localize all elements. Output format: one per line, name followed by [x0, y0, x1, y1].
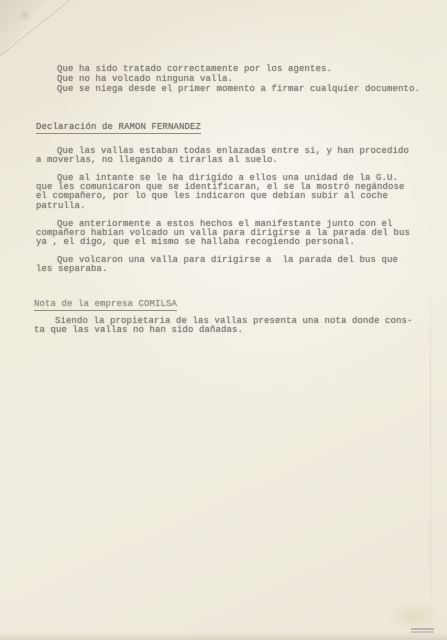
statement-line: Que se niega desde el primer momento a f… — [57, 84, 420, 94]
paragraph-line: ta que las vallas no han sido dañadas. — [34, 326, 413, 335]
paragraph: Que las vallas estaban todas enlazadas e… — [36, 147, 409, 165]
paper-stain — [389, 602, 441, 630]
paragraph: Que volcaron una valla para dirigirse a … — [36, 256, 398, 274]
paper-smudge — [21, 12, 29, 19]
page-corner-fold — [0, 0, 74, 60]
scanned-document-scan: Que ha sido tratado correctamente por lo… — [0, 0, 447, 640]
paragraph-line: ya , el digo, que el mismo se hallaba re… — [36, 238, 410, 247]
page-bottom-edge-shadow — [0, 632, 447, 640]
paragraph-line: patrulla. — [36, 202, 405, 211]
statement-line: Que ha sido tratado correctamente por lo… — [57, 64, 420, 74]
paper-page: Que ha sido tratado correctamente por lo… — [0, 0, 447, 640]
statement-line: Que no ha volcado ninguna valla. — [57, 74, 420, 84]
page-right-edge-shadow — [430, 270, 431, 630]
scan-artifact-mark — [411, 628, 434, 630]
paragraph: Siendo la propietaria de las vallas pres… — [34, 317, 413, 335]
paragraph-line: a moverlas, no llegando a tirarlas al su… — [36, 156, 409, 165]
paragraph: Que anteriormente a estos hechos el mani… — [36, 220, 410, 248]
section-heading-declaracion-text: Declaración de RAMON FERNANDEZ — [36, 122, 201, 134]
statement-list: Que ha sido tratado correctamente por lo… — [57, 64, 420, 94]
section-heading-comilsa-text: Nota de la empresa COMILSA — [34, 299, 177, 311]
paragraph-line: les separaba. — [36, 265, 398, 274]
paragraph-line: el compañero, por lo que les indicaron q… — [36, 192, 405, 201]
section-heading-comilsa: Nota de la empresa COMILSA — [34, 299, 177, 311]
paragraph: Que al intante se le ha dirigido a ellos… — [36, 174, 405, 211]
section-heading-declaracion: Declaración de RAMON FERNANDEZ — [36, 122, 201, 134]
